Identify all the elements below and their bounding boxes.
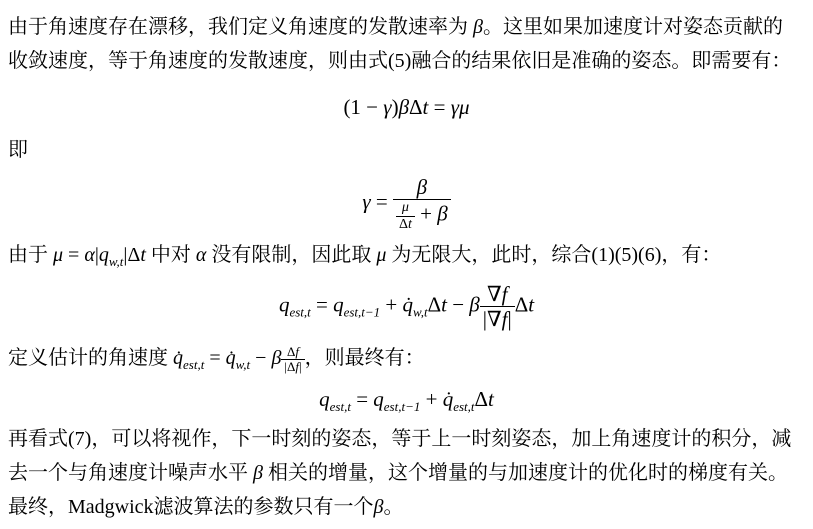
math-plus: +: [420, 387, 442, 411]
text-run: 收敛速度，等于角速度的发散速度，则由式(5)融合的结果依旧是准确的姿态。即需要有…: [8, 50, 791, 72]
math-beta: β: [253, 462, 263, 484]
math-gamma: γ: [362, 189, 370, 213]
paragraph-2: 即: [8, 133, 805, 167]
math-delta: Δ: [409, 95, 423, 119]
math-alpha: α: [196, 244, 207, 266]
math-equals: =: [204, 347, 225, 369]
math-q-dot: q̇: [403, 292, 414, 316]
math-q: q: [279, 292, 290, 316]
math-delta: Δ: [515, 292, 529, 316]
math-f: f: [295, 344, 299, 359]
math-beta: β: [473, 16, 483, 38]
text-run: 由于角速度存在漂移，我们定义角速度的发散速率为: [8, 16, 473, 38]
fraction: βμΔt + β: [393, 175, 451, 232]
fraction-numerator: μ: [396, 200, 415, 215]
math-plus: +: [415, 202, 437, 226]
paragraph-4: 定义估计的角速度 q̇est,t = q̇w,t − βΔf|Δf|，则最终有：: [8, 337, 805, 379]
math-equals: =: [428, 95, 450, 119]
paragraph-3: 由于 μ = α|qw,t|Δt 中对 α 没有限制，因此取 μ 为无限大，此时…: [8, 238, 805, 272]
fraction-denominator: μΔt + β: [393, 199, 451, 232]
math-beta: β: [399, 95, 409, 119]
paragraph-3-line: 由于 μ = α|qw,t|Δt 中对 α 没有限制，因此取 μ 为无限大，此时…: [8, 238, 805, 272]
nested-fraction: μΔt: [396, 200, 415, 232]
math-nabla: ∇: [487, 282, 502, 306]
inline-fraction: Δf|Δf|: [281, 345, 304, 375]
math-run: (1 −: [343, 95, 383, 119]
math-f: f: [502, 282, 508, 306]
math-q: q: [373, 387, 384, 411]
math-q-dot: q̇: [173, 347, 183, 369]
math-beta: β: [374, 496, 384, 518]
math-delta: Δ: [127, 244, 140, 266]
math-beta: β: [271, 347, 281, 369]
math-delta: Δ: [428, 292, 442, 316]
math-q: q: [99, 244, 109, 266]
math-gamma-mu: γ: [451, 95, 459, 119]
math-t: t: [528, 292, 534, 316]
fraction-denominator: |∇f|: [480, 306, 515, 331]
text-run: 没有限制，因此取: [206, 244, 376, 266]
text-run: 定义估计的角速度: [8, 347, 173, 369]
paragraph-1-line-2: 收敛速度，等于角速度的发散速度，则由式(5)融合的结果依旧是准确的姿态。即需要有…: [8, 44, 805, 78]
math-mu: μ: [376, 244, 386, 266]
paragraph-5-line-1: 再看式(7)，可以将视作，下一时刻的姿态，等于上一时刻姿态，加上角速度计的积分，…: [8, 422, 805, 456]
formula-gamma-solution: γ = βμΔt + β: [8, 175, 805, 232]
formula-quaternion-update: qest,t = qest,t−1 + q̇w,tΔt − β∇f|∇f|Δt: [8, 282, 805, 331]
math-bar: |: [507, 307, 511, 331]
math-subscript: w,t: [236, 357, 251, 372]
math-beta: β: [437, 202, 447, 226]
text-run: 去一个与角速度计噪声水平: [8, 462, 253, 484]
math-equals: =: [371, 189, 393, 213]
paragraph-1: 由于角速度存在漂移，我们定义角速度的发散速率为 β。这里如果加速度计对姿态贡献的…: [8, 10, 805, 78]
formula-final-update: qest,t = qest,t−1 + q̇est,tΔt: [8, 387, 805, 412]
paragraph-4-line: 定义估计的角速度 q̇est,t = q̇w,t − βΔf|Δf|，则最终有：: [8, 337, 805, 379]
math-t: t: [408, 217, 412, 232]
math-equals: =: [311, 292, 333, 316]
formula-gamma-balance: (1 − γ)βΔt = γμ: [8, 95, 805, 120]
math-delta-abs: |Δ: [284, 359, 295, 374]
text-run: 为无限大，此时，综合(1)(5)(6)，有：: [386, 244, 721, 266]
math-t: t: [488, 387, 494, 411]
math-subscript: est,t: [453, 399, 474, 414]
text-run: 最终，Madgwick滤波算法的参数只有一个: [8, 496, 374, 518]
math-bar: |: [299, 359, 302, 374]
math-q: q: [333, 292, 344, 316]
math-equals: =: [351, 387, 373, 411]
text-run: 。这里如果加速度计对姿态贡献的: [483, 16, 783, 38]
math-delta: Δ: [399, 217, 408, 232]
math-mu: μ: [459, 95, 470, 119]
fraction-numerator: Δf: [281, 345, 304, 359]
math-q: q: [319, 387, 330, 411]
math-mu: μ: [53, 244, 63, 266]
text-run: 相关的增量，这个增量的与加速度计的优化时的梯度有关。: [263, 462, 788, 484]
fraction-denominator: Δt: [396, 216, 415, 232]
math-subscript: est,t−1: [344, 305, 381, 320]
math-q-dot: q̇: [443, 387, 454, 411]
text-run: 中对: [146, 244, 196, 266]
text-run: 再看式(7)，可以将视作，下一时刻的姿态，等于上一时刻姿态，加上角速度计的积分，…: [8, 428, 791, 450]
math-minus: −: [447, 292, 469, 316]
math-delta: Δ: [475, 387, 489, 411]
math-beta: β: [469, 292, 479, 316]
paragraph-1-line-1: 由于角速度存在漂移，我们定义角速度的发散速率为 β。这里如果加速度计对姿态贡献的: [8, 10, 805, 44]
document-body: 由于角速度存在漂移，我们定义角速度的发散速率为 β。这里如果加速度计对姿态贡献的…: [0, 0, 813, 524]
text-run: 即: [8, 139, 28, 161]
math-subscript: est,t: [330, 399, 351, 414]
math-gamma: γ: [383, 95, 391, 119]
math-alpha: α: [84, 244, 95, 266]
paragraph-5: 再看式(7)，可以将视作，下一时刻的姿态，等于上一时刻姿态，加上角速度计的积分，…: [8, 422, 805, 524]
math-run: ): [392, 95, 399, 119]
text-run: ，则最终有：: [305, 347, 425, 369]
math-subscript: w,t: [109, 254, 124, 269]
math-mu: μ: [402, 200, 409, 215]
fraction-denominator: |Δf|: [281, 359, 304, 374]
math-subscript: est,t−1: [384, 399, 421, 414]
math-subscript: est,t: [183, 357, 204, 372]
math-subscript: est,t: [289, 305, 310, 320]
math-q-dot: q̇: [226, 347, 236, 369]
text-run: 由于: [8, 244, 53, 266]
paragraph-5-line-2: 去一个与角速度计噪声水平 β 相关的增量，这个增量的与加速度计的优化时的梯度有关…: [8, 456, 805, 490]
math-equals: =: [63, 244, 84, 266]
fraction-numerator: β: [393, 175, 451, 199]
fraction-numerator: ∇f: [480, 282, 515, 306]
text-run: 。: [384, 496, 404, 518]
paragraph-2-line: 即: [8, 133, 805, 167]
paragraph-5-line-3: 最终，Madgwick滤波算法的参数只有一个β。: [8, 490, 805, 524]
math-beta: β: [417, 175, 427, 199]
math-minus: −: [250, 347, 271, 369]
math-subscript: w,t: [413, 305, 428, 320]
math-plus: +: [380, 292, 402, 316]
gradient-fraction: ∇f|∇f|: [480, 282, 515, 331]
math-nabla-abs: |∇: [483, 307, 502, 331]
